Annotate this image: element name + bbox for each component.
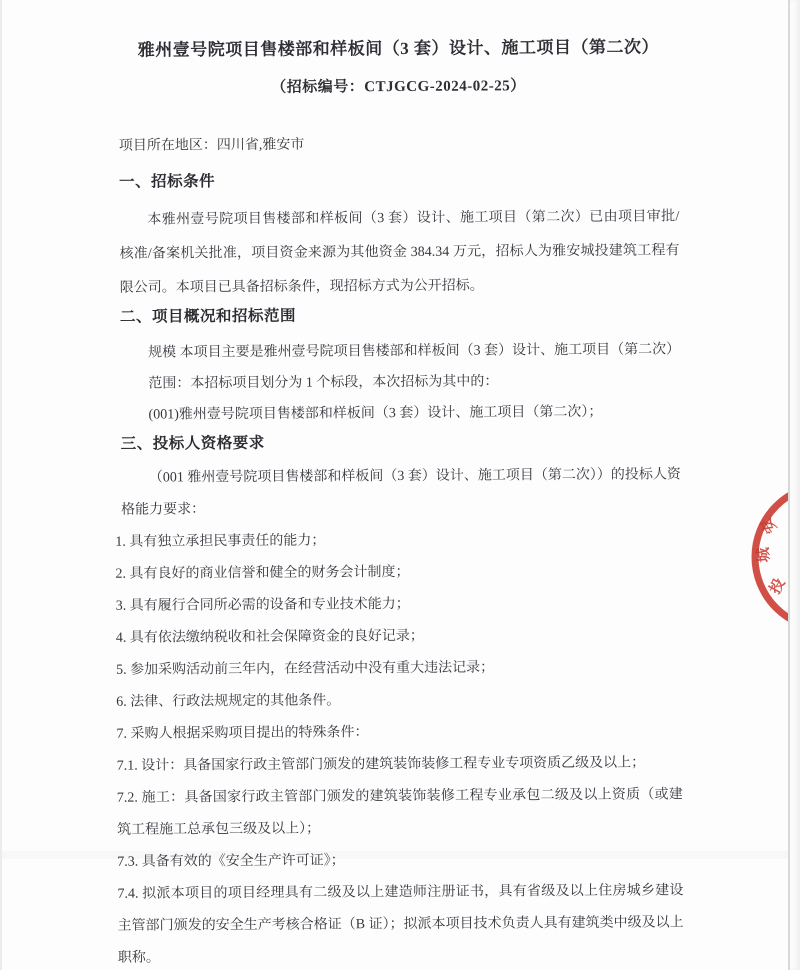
requirement-item-7-4: 7.4. 拟派本项目的项目经理具有二级及以上建造师注册证书，具有省级及以上住房城… [117, 875, 684, 970]
scanned-document-page: 雅州壹号院项目售楼部和样板间（3 套）设计、施工项目（第二次） （招标编号：CT… [0, 0, 800, 970]
requirement-item-4: 4. 具有依法缴纳税收和社会保障资金的良好记录； [116, 619, 682, 654]
requirement-item-2: 2. 具有良好的商业信誉和健全的财务会计制度； [115, 555, 681, 590]
stamp-character: 城 [754, 546, 773, 564]
scope-line: 范围：本招标项目划分为 1 个标段，本次招标为其中的： [120, 365, 680, 399]
section-heading-bidder-qualifications: 三、投标人资格要求 [121, 429, 681, 456]
requirement-item-1: 1. 具有独立承担民事责任的能力； [115, 523, 681, 558]
scale-line: 规模 本项目主要是雅州壹号院项目售楼部和样板间（3 套）设计、施工项目（第二次） [120, 334, 680, 368]
requirement-item-6: 6. 法律、行政法规规定的其他条件。 [116, 683, 682, 718]
page-edge-margin [790, 0, 800, 970]
scan-shadow-band [0, 851, 800, 859]
requirement-item-3: 3. 具有履行合同所必需的设备和专业技术能力； [116, 587, 682, 622]
requirement-item-5: 5. 参加采购活动前三年内，在经营活动中没有重大违法记录； [116, 651, 682, 686]
section-heading-bidding-conditions: 一、招标条件 [119, 167, 679, 194]
requirement-item-7-3: 7.3. 具备有效的《安全生产许可证》； [117, 843, 683, 878]
page-left-edge [0, 0, 2, 970]
bidding-conditions-paragraph: 本雅州壹号院项目售楼部和样板间（3 套）设计、施工项目（第二次）已由项目审批/核… [119, 200, 680, 305]
lot-line: (001)雅州壹号院项目售楼部和样板间（3 套）设计、施工项目（第二次）； [120, 396, 680, 430]
document-title: 雅州壹号院项目售楼部和样板间（3 套）设计、施工项目（第二次） [118, 34, 678, 63]
section-heading-project-overview: 二、项目概况和招标范围 [120, 302, 680, 329]
requirement-item-7-1: 7.1. 设计：具备国家行政主管部门颁发的建筑装饰装修工程专业专项资质乙级及以上… [117, 747, 683, 782]
requirement-item-7-2: 7.2. 施工：具备国家行政主管部门颁发的建筑装饰装修工程专业承包二级及以上资质… [117, 779, 683, 846]
document-content: 雅州壹号院项目售楼部和样板间（3 套）设计、施工项目（第二次） （招标编号：CT… [0, 0, 800, 970]
requirement-item-7: 7. 采购人根据采购项目提出的特殊条件： [116, 715, 682, 750]
project-location-line: 项目所在地区：四川省,雅安市 [119, 132, 679, 157]
qualification-intro-paragraph: （001 雅州壹号院项目售楼部和样板间（3 套）设计、施工项目（第二次））的投标… [121, 459, 681, 526]
tender-number-line: （招标编号：CTJGCG-2024-02-25） [118, 74, 678, 99]
